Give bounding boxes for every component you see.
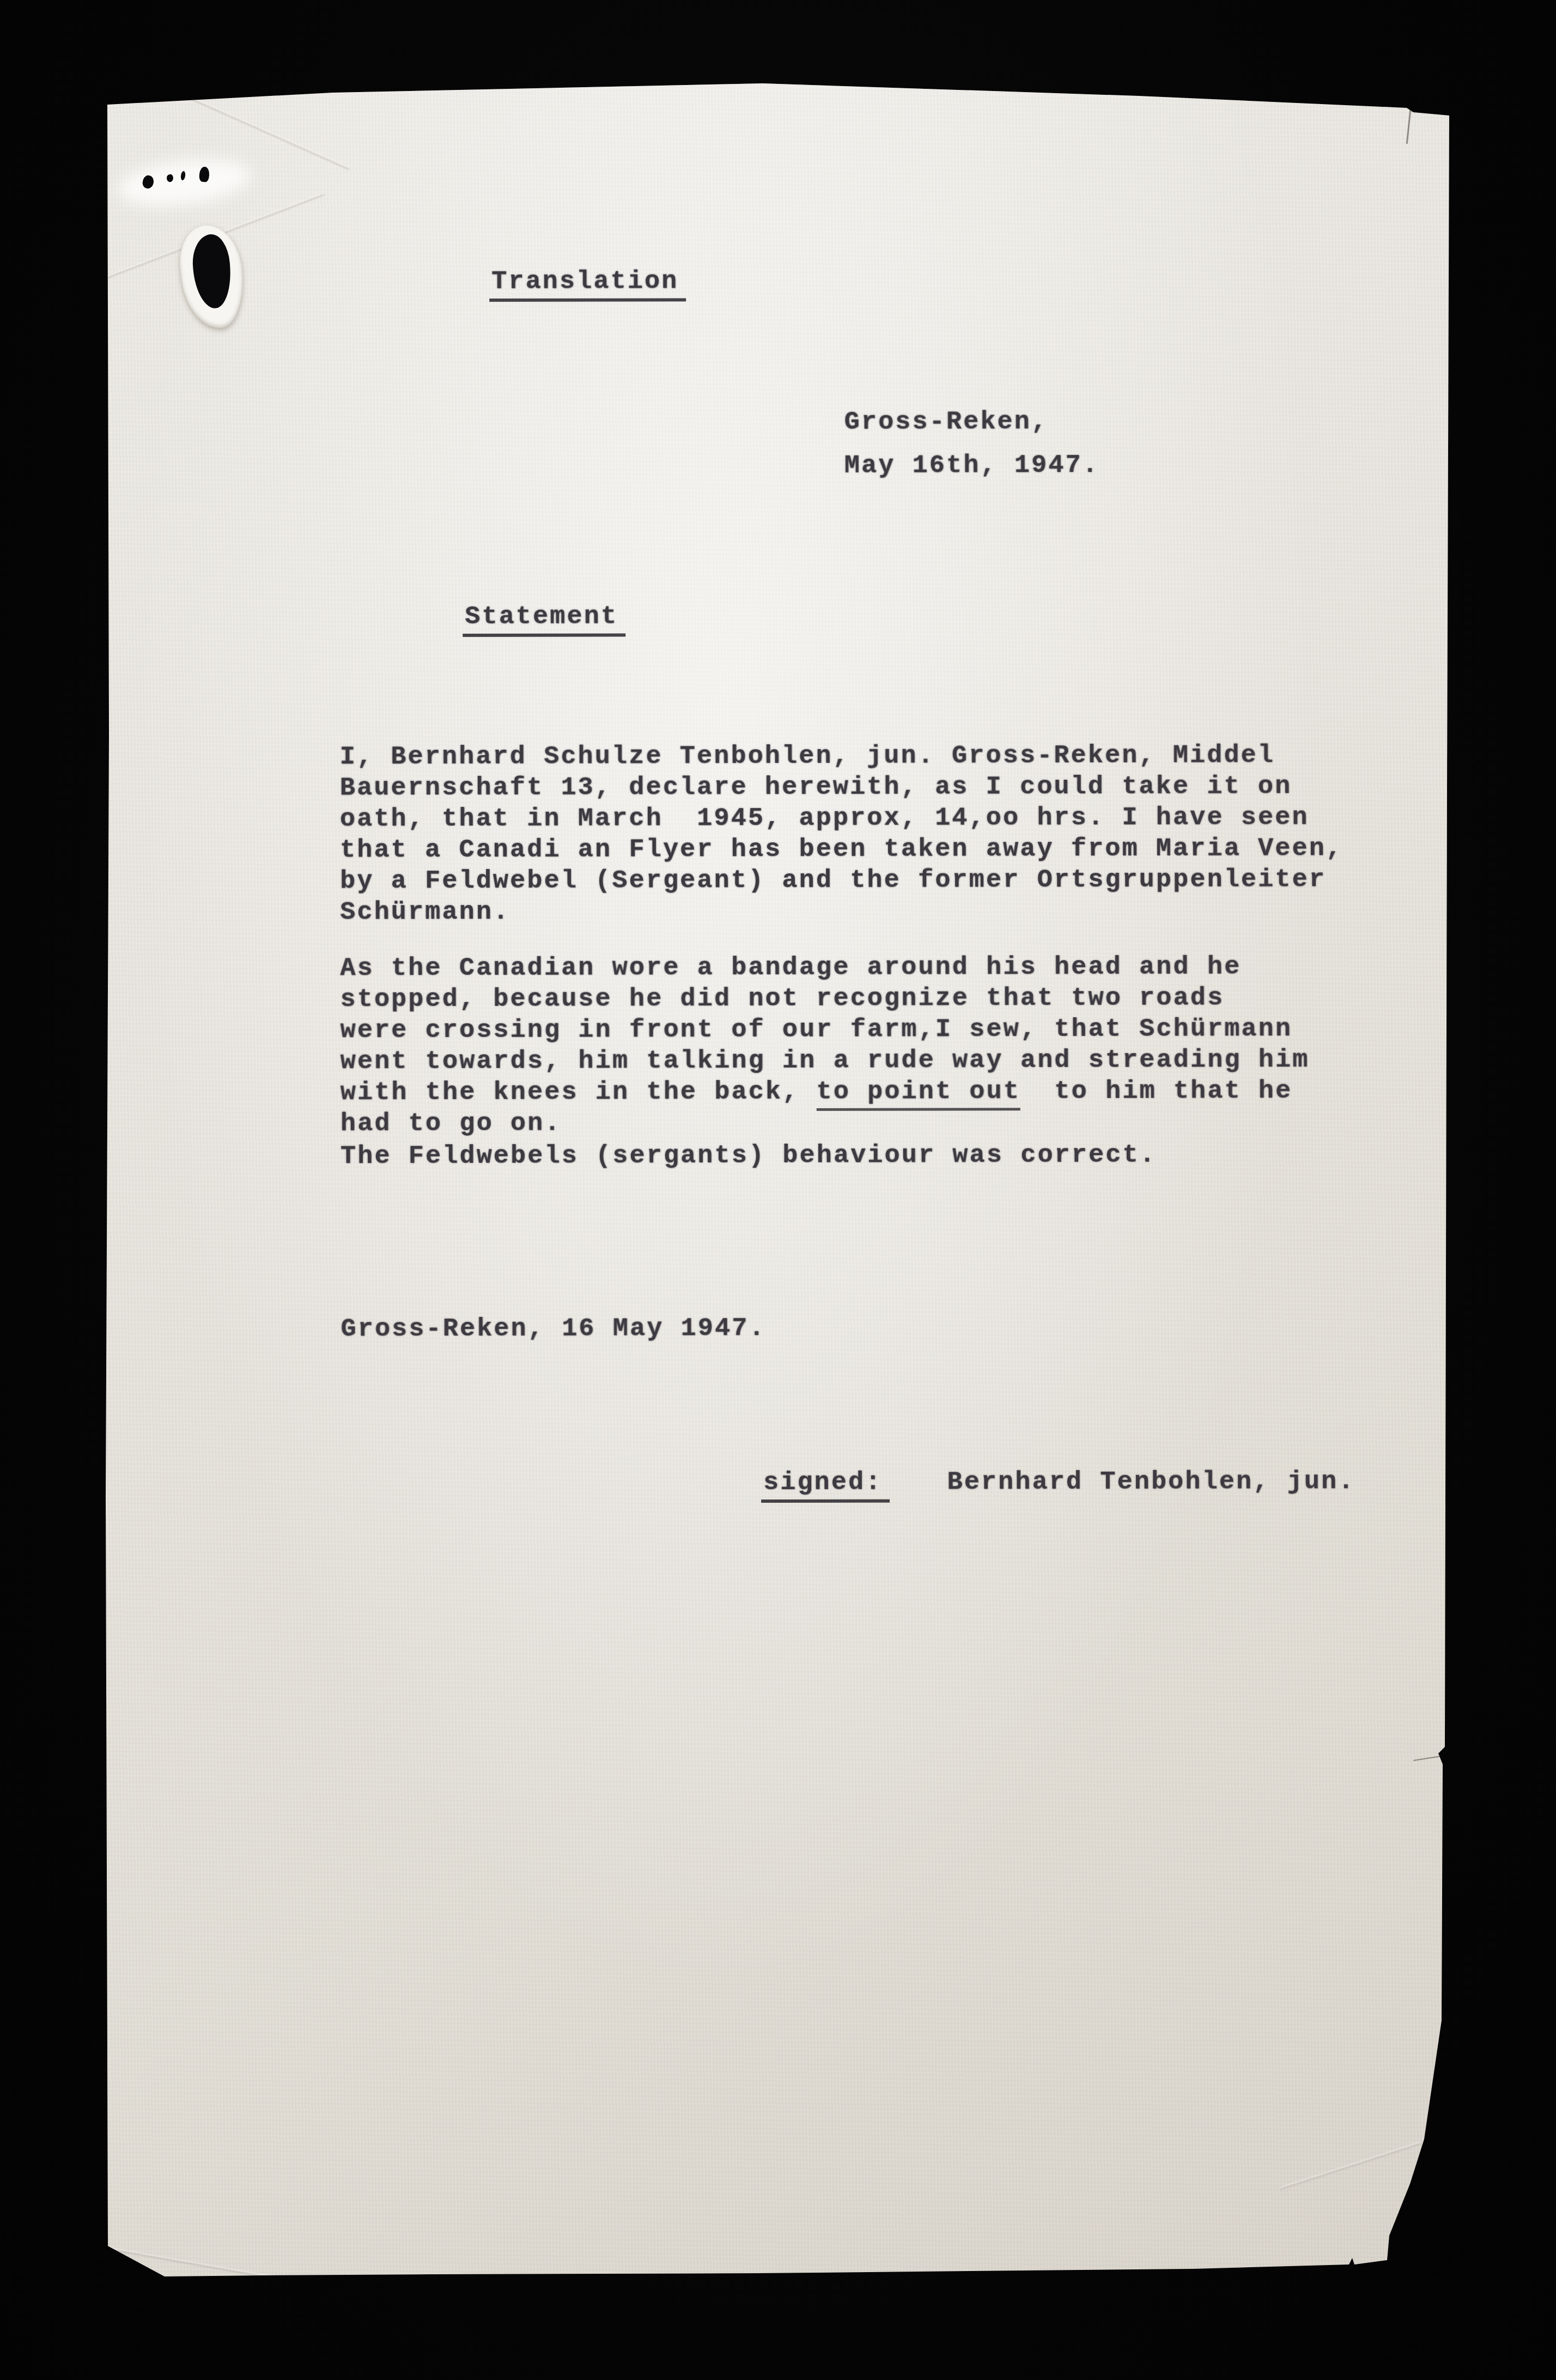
typed-line: Gross-Reken, xyxy=(844,400,1099,445)
line-segment: with the knees in the back, xyxy=(341,1078,817,1108)
typed-line: that a Canadi an Flyer has been taken aw… xyxy=(340,833,1343,866)
typed-line: oath, that in March 1945, approx, 14,oo … xyxy=(340,802,1343,835)
translation-title: Translation xyxy=(491,266,686,297)
place-date-block: Gross-Reken, May 16th, 1947. xyxy=(844,400,1099,488)
paragraph-2: As the Canadian wore a bandage around hi… xyxy=(340,951,1309,1139)
signed-label: signed: xyxy=(761,1468,890,1503)
typed-content: Translation Gross-Reken, May 16th, 1947.… xyxy=(101,80,1456,2283)
typed-line: May 16th, 1947. xyxy=(844,444,1099,488)
typed-line: Bauernschaft 13, declare herewith, as I … xyxy=(340,771,1343,804)
typed-line: I, Bernhard Schulze Tenbohlen, jun. Gros… xyxy=(340,740,1343,773)
signature-block: signed:Bernhard Tenbohlen, jun. xyxy=(763,1466,1355,1498)
document-page: Translation Gross-Reken, May 16th, 1947.… xyxy=(104,81,1455,2282)
typed-line: stopped, because he did not recognize th… xyxy=(340,982,1309,1015)
underlined-phrase: to point out xyxy=(816,1077,1020,1111)
typed-line: were crossing in front of our farm,I sew… xyxy=(340,1013,1309,1046)
typed-line: with the knees in the back, to point out… xyxy=(341,1076,1310,1108)
paragraph-1: I, Bernhard Schulze Tenbohlen, jun. Gros… xyxy=(340,740,1344,928)
typed-line: Gross-Reken, 16 May 1947. xyxy=(341,1313,765,1345)
typed-line: The Feldwebels (sergants) behaviour was … xyxy=(341,1140,1157,1173)
paragraph-3: The Feldwebels (sergants) behaviour was … xyxy=(341,1140,1157,1173)
signature-name: Bernhard Tenbohlen, jun. xyxy=(947,1467,1355,1497)
typed-line: by a Feldwebel (Sergeant) and the former… xyxy=(340,864,1343,897)
typed-line: had to go on. xyxy=(341,1107,1310,1139)
typed-line: As the Canadian wore a bandage around hi… xyxy=(340,951,1309,984)
translation-label: Translation xyxy=(489,267,686,302)
statement-label: Statement xyxy=(463,602,625,637)
statement-heading: Statement xyxy=(465,601,625,633)
line-segment: to him that he xyxy=(1020,1077,1292,1106)
typed-line: went towards, him talking in a rude way … xyxy=(341,1045,1310,1077)
photo-background: Translation Gross-Reken, May 16th, 1947.… xyxy=(0,0,1556,2380)
closing-date: Gross-Reken, 16 May 1947. xyxy=(341,1313,765,1345)
typed-line: Schürmann. xyxy=(340,895,1343,928)
